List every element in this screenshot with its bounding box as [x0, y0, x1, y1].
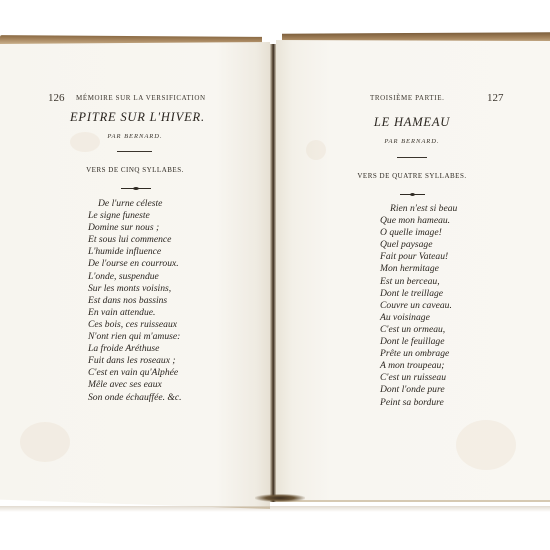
right-ornament-divider	[400, 193, 425, 196]
verse-line: Rien n'est si beau	[380, 203, 457, 215]
paper-foxing	[20, 422, 70, 462]
verse-line: C'est en vain qu'Alphée	[88, 367, 182, 379]
verse-line: Fait pour Vateau!	[380, 251, 457, 263]
verse-line: De l'ourse en courroux.	[88, 258, 182, 270]
right-page-number: 127	[487, 92, 504, 104]
verse-line: La froide Aréthuse	[88, 343, 182, 355]
left-verse: De l'urne céleste Le signe funeste Domin…	[88, 198, 182, 404]
left-running-head: MÉMOIRE SUR LA VERSIFICATION	[76, 94, 206, 102]
right-poem-byline: PAR BERNARD.	[352, 138, 472, 145]
verse-line: Mêle avec ses eaux	[88, 379, 182, 391]
verse-line: Sur les monts voisins,	[88, 283, 182, 295]
verse-line: Est dans nos bassins	[88, 295, 182, 307]
right-running-head: TROISIÈME PARTIE.	[370, 94, 444, 102]
verse-line: Est un berceau,	[380, 276, 457, 288]
verse-line: Mon hermitage	[380, 263, 457, 275]
right-poem-title: LE HAMEAU	[352, 115, 472, 130]
verse-line: De l'urne céleste	[88, 198, 182, 210]
verse-line: Ces bois, ces ruisseaux	[88, 319, 182, 331]
verse-line: Peint sa bordure	[380, 397, 457, 409]
right-section-heading: VERS DE QUATRE SYLLABES.	[352, 172, 472, 180]
verse-line: Domine sur nous ;	[88, 222, 182, 234]
left-poem-title: EPITRE SUR L'HIVER.	[70, 110, 200, 125]
verse-line: En vain attendue.	[88, 307, 182, 319]
book-bottom-shadow	[0, 506, 550, 512]
verse-line: Son onde échauffée. &c.	[88, 392, 182, 404]
verse-line: Et sous lui commence	[88, 234, 182, 246]
left-ornament-divider	[121, 187, 151, 190]
verse-line: L'humide influence	[88, 246, 182, 258]
book-spine-bottom	[255, 494, 305, 502]
verse-line: L'onde, suspendue	[88, 271, 182, 283]
verse-line: Dont l'onde pure	[380, 384, 457, 396]
verse-line: Que mon hameau.	[380, 215, 457, 227]
verse-line: C'est un ormeau,	[380, 324, 457, 336]
left-poem-byline: PAR BERNARD.	[70, 133, 200, 140]
right-verse: Rien n'est si beau Que mon hameau. O que…	[380, 203, 457, 409]
book-gutter	[270, 44, 276, 502]
verse-line: Au voisinage	[380, 312, 457, 324]
verse-line: Couvre un caveau.	[380, 300, 457, 312]
book-photo-scene: 126 MÉMOIRE SUR LA VERSIFICATION EPITRE …	[0, 0, 550, 550]
paper-foxing	[306, 140, 326, 160]
left-section-heading: VERS DE CINQ SYLLABES.	[70, 166, 200, 174]
left-title-rule	[117, 151, 152, 152]
verse-line: N'ont rien qui m'amuse:	[88, 331, 182, 343]
verse-line: A mon troupeau;	[380, 360, 457, 372]
verse-line: O quelle image!	[380, 227, 457, 239]
paper-foxing	[456, 420, 516, 470]
verse-line: Dont le feuillage	[380, 336, 457, 348]
verse-line: Quel paysage	[380, 239, 457, 251]
verse-line: Le signe funeste	[88, 210, 182, 222]
verse-line: C'est un ruisseau	[380, 372, 457, 384]
verse-line: Prête un ombrage	[380, 348, 457, 360]
verse-line: Fuit dans les roseaux ;	[88, 355, 182, 367]
verse-line: Dont le treillage	[380, 288, 457, 300]
left-page-number: 126	[48, 92, 65, 104]
right-title-rule	[397, 157, 427, 158]
